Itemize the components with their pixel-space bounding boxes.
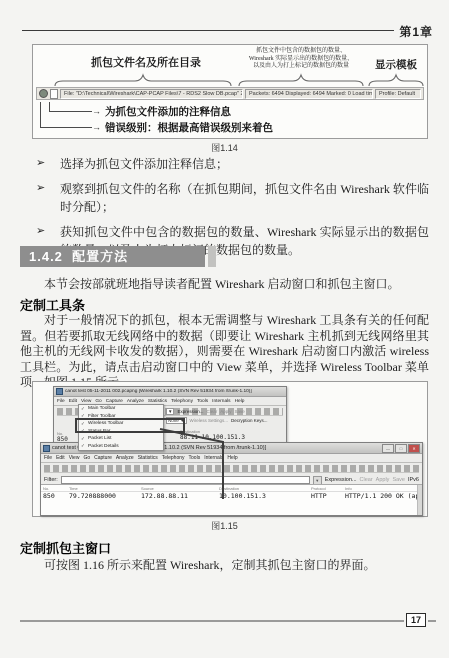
menu-file[interactable]: File: [57, 399, 65, 404]
packet-list-pane: No. Time Source Destination Protocol Inf…: [41, 484, 422, 515]
status-profile[interactable]: Profile: Default: [375, 89, 421, 99]
menu-file[interactable]: File: [44, 455, 52, 461]
main-window-subheading: 定制抓包主窗口: [20, 538, 111, 557]
footer-rule-stub: [428, 620, 436, 622]
apply-button[interactable]: Apply: [376, 477, 390, 483]
column-no[interactable]: No.: [43, 486, 69, 491]
apply-button[interactable]: Apply: [220, 409, 231, 414]
menu-view[interactable]: View: [81, 399, 91, 404]
wireshark-window-lower: canot test 05-11-2011 002.pcapng [Wiresh…: [40, 442, 423, 516]
arrow-icon: →: [92, 106, 101, 116]
view-menu-item-packet-details[interactable]: ✓ Packet Details: [79, 443, 163, 451]
menu-analyze[interactable]: Analyze: [116, 455, 134, 461]
clear-button[interactable]: Clear: [360, 477, 373, 483]
save-button[interactable]: Save: [392, 477, 405, 483]
menu-bar: File Edit View Go Capture Analyze Statis…: [41, 454, 422, 463]
page-number: 17: [406, 613, 426, 627]
view-menu-item-main-toolbar[interactable]: ✓ Main Toolbar: [79, 405, 163, 413]
callout-annotation-text: 为抓包文件添加的注释信息: [105, 104, 231, 119]
expression-button[interactable]: Expression...: [177, 409, 203, 414]
ipv6-filter-button[interactable]: IPv6: [408, 477, 419, 483]
list-item: ➢ 选择为抓包文件添加注释信息；: [36, 155, 429, 173]
book-page: 第1章 抓包文件名及所在目录 抓包文件中包含的数据包的数量、 Wireshark…: [0, 0, 449, 658]
callout-line-error-level: [40, 102, 92, 128]
wireless-toolbar-highlight-box: [75, 418, 185, 433]
annotation-icon[interactable]: [50, 89, 58, 99]
expression-button[interactable]: Expression...: [325, 477, 357, 483]
column-info[interactable]: Info: [345, 486, 422, 491]
figure-1-15: canot test 05-11-2011 002.pcapng [Wiresh…: [32, 381, 428, 517]
wireshark-app-icon: [56, 388, 63, 395]
check-icon: ✓: [81, 406, 86, 412]
upper-destination-column: Destination 88.11 10.100.151.3: [180, 429, 245, 441]
status-file-info: File: "D:\Technical\Wireshark\CAP-PCAP F…: [60, 89, 243, 99]
combo-arrow-icon[interactable]: ▼: [166, 408, 174, 415]
filter-input[interactable]: [61, 476, 310, 484]
arrowhead-bullet-icon: ➢: [36, 155, 60, 173]
wireless-settings-button[interactable]: Wireless Settings...: [190, 418, 229, 423]
list-item: ➢ 观察到抓包文件的名称（在抓包期间，抓包文件名由 Wireshark 软件临时…: [36, 180, 429, 216]
menu-capture[interactable]: Capture: [106, 399, 123, 404]
section-heading-banner: 1.4.2 配置方法: [20, 246, 205, 267]
menu-edit[interactable]: Edit: [56, 455, 65, 461]
figure-1-14: 抓包文件名及所在目录 抓包文件中包含的数据包的数量、 Wireshark 实际显…: [32, 44, 428, 139]
menu-edit[interactable]: Edit: [69, 399, 77, 404]
menu-internals[interactable]: Internals: [204, 455, 223, 461]
column-time[interactable]: Time: [69, 486, 141, 491]
menu-go[interactable]: Go: [83, 455, 90, 461]
check-icon: ✓: [81, 436, 86, 442]
section-number: 1.4.2: [29, 249, 63, 264]
menu-statistics[interactable]: Statistics: [148, 399, 167, 404]
main-toolbar-icons[interactable]: [44, 465, 419, 473]
column-source[interactable]: Source: [141, 486, 219, 491]
maximize-button[interactable]: □: [395, 444, 407, 453]
window-controls: — □ ✕: [382, 444, 420, 453]
menu-internals[interactable]: Internals: [212, 399, 230, 404]
check-icon: ✓: [81, 443, 86, 449]
wireshark-app-icon: [43, 445, 50, 452]
figure-1-14-caption: 图1.14: [0, 141, 449, 154]
wireshark-window-upper: canot test 05-11-2011 002.pcapng [Wiresh…: [53, 386, 287, 448]
menu-telephony[interactable]: Telephony: [162, 455, 185, 461]
packet-row[interactable]: 850 79.720888000 172.88.88.11 10.100.151…: [41, 492, 422, 500]
section-title: 配置方法: [72, 249, 128, 264]
menu-tools[interactable]: Tools: [197, 399, 208, 404]
column-destination[interactable]: Destination: [219, 486, 311, 491]
column-protocol[interactable]: Protocol: [311, 486, 345, 491]
intro-paragraph: 本节会按部就班地指导读者配置 Wireshark 启动窗口和抓包主窗口。: [20, 277, 429, 293]
save-button[interactable]: Save: [235, 409, 245, 414]
chapter-header: 第1章: [399, 23, 433, 40]
status-packet-counts: Packets: 6494 Displayed: 6494 Marked: 0 …: [245, 89, 373, 99]
wireshark-status-bar: File: "D:\Technical\Wireshark\CAP-PCAP F…: [36, 87, 424, 100]
scrollbar[interactable]: [417, 485, 422, 515]
view-menu-item-packet-list[interactable]: ✓ Packet List: [79, 435, 163, 443]
callout-error-text: 错误级别：根据最高错误级别来着色: [105, 120, 273, 135]
header-rule: [22, 30, 394, 31]
menu-go[interactable]: Go: [95, 399, 101, 404]
expert-info-icon[interactable]: [39, 89, 48, 98]
filter-label: Filter:: [44, 477, 58, 483]
figure-1-15-caption: 图1.15: [0, 519, 449, 532]
menu-telephony[interactable]: Telephony: [171, 399, 193, 404]
toolbar-paragraph: 对于一般情况下的抓包，根本无需调整与 Wireshark 工具条有关的任何配置。…: [20, 313, 429, 391]
menu-view[interactable]: View: [69, 455, 80, 461]
menu-tools[interactable]: Tools: [189, 455, 201, 461]
footer-rule: [20, 620, 404, 622]
menu-help[interactable]: Help: [227, 455, 237, 461]
close-button[interactable]: ✕: [408, 444, 420, 453]
packet-list-header: No. Time Source Destination Protocol Inf…: [41, 485, 422, 492]
upper-no-column: No. 850: [57, 431, 68, 443]
clear-button[interactable]: Clear: [206, 409, 217, 414]
decryption-keys-button[interactable]: Decryption Keys...: [231, 418, 268, 423]
menu-help[interactable]: Help: [235, 399, 245, 404]
banner-accent: [208, 246, 216, 267]
arrowhead-bullet-icon: ➢: [36, 180, 60, 216]
toolbar-subheading: 定制工具条: [20, 295, 85, 314]
menu-analyze[interactable]: Analyze: [127, 399, 144, 404]
main-window-paragraph: 可按图 1.16 所示来配置 Wireshark，定制其抓包主窗口的界面。: [20, 558, 429, 574]
minimize-button[interactable]: —: [382, 444, 394, 453]
arrow-icon: →: [92, 122, 101, 132]
menu-statistics[interactable]: Statistics: [138, 455, 158, 461]
title-bar: canot test 05-11-2011 002.pcapng [Wiresh…: [54, 387, 286, 397]
menu-capture[interactable]: Capture: [94, 455, 112, 461]
